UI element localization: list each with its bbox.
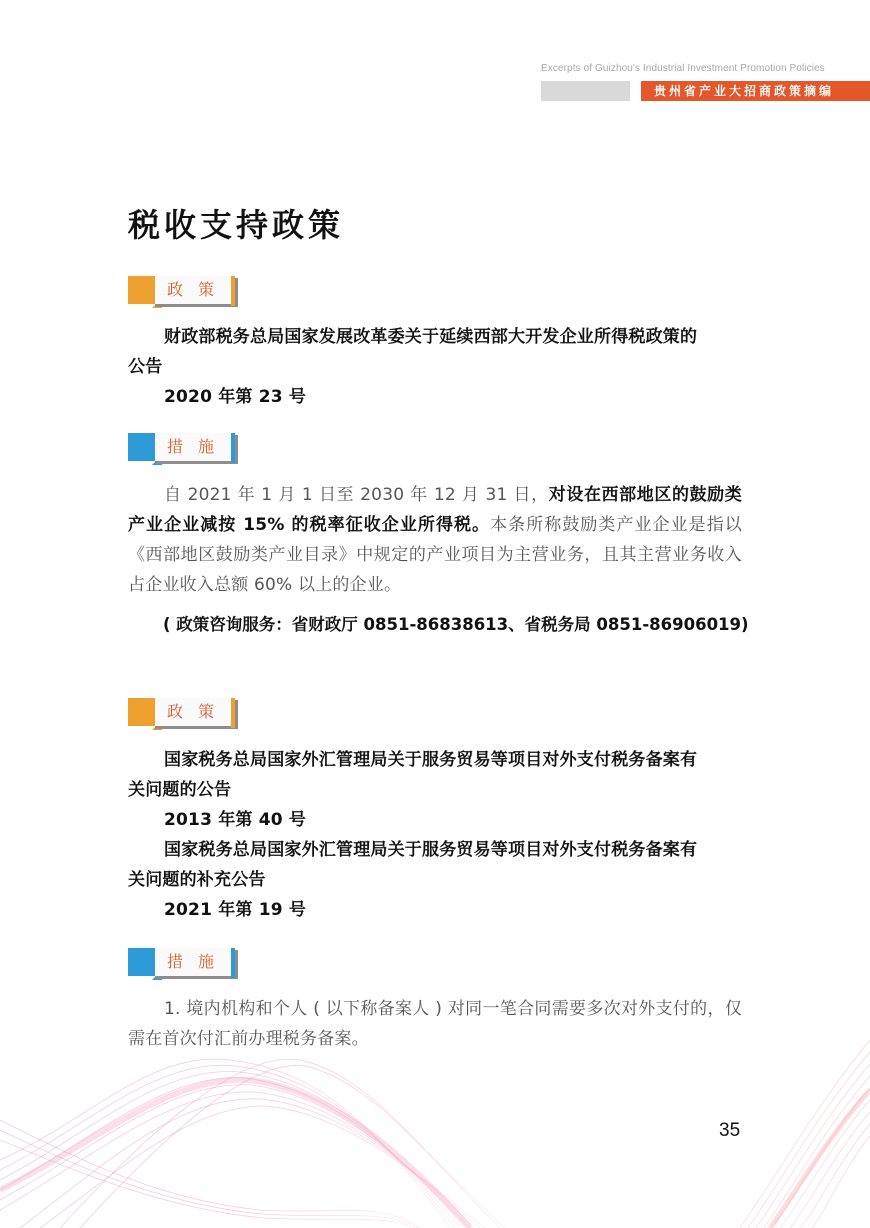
- badge-label: 措 施: [155, 433, 231, 461]
- policy-badge: 政 策: [128, 276, 238, 308]
- badge-label: 政 策: [155, 276, 231, 304]
- policy-document-2: 国家税务总局国家外汇管理局关于服务贸易等项目对外支付税务备案有 关问题的公告 2…: [128, 745, 742, 925]
- header-chinese-title: 贵州省产业大招商政策摘编: [641, 81, 870, 101]
- badge-side-bar: [231, 698, 235, 728]
- measure-badge: 措 施: [128, 433, 238, 465]
- policy-contact-info: ( 政策咨询服务：省财政厅 0851-86838613、省税务局 0851-86…: [163, 611, 763, 635]
- badge-label: 政 策: [155, 698, 231, 726]
- policy-document-1: 财政部税务总局国家发展改革委关于延续西部大开发企业所得税政策的 公告 2020 …: [128, 322, 742, 412]
- page-number: 35: [719, 1120, 740, 1142]
- badge-side-bar: [231, 433, 235, 463]
- badge-side-bar: [231, 948, 235, 978]
- policy-badge: 政 策: [128, 698, 238, 730]
- measure-text-2: 1. 境内机构和个人 ( 以下称备案人 ) 对同一笔合同需要多次对外支付的，仅需…: [128, 994, 742, 1054]
- header-gray-block: [541, 81, 630, 101]
- measure-badge: 措 施: [128, 948, 238, 980]
- document-page: Excerpts of Guizhou's Industrial Investm…: [0, 0, 870, 1228]
- measure-text-1: 自 2021 年 1 月 1 日至 2030 年 12 月 31 日，对设在西部…: [128, 480, 742, 600]
- header-english-title: Excerpts of Guizhou's Industrial Investm…: [541, 63, 841, 74]
- page-title: 税收支持政策: [128, 200, 344, 246]
- badge-label: 措 施: [155, 948, 231, 976]
- badge-side-bar: [231, 276, 235, 306]
